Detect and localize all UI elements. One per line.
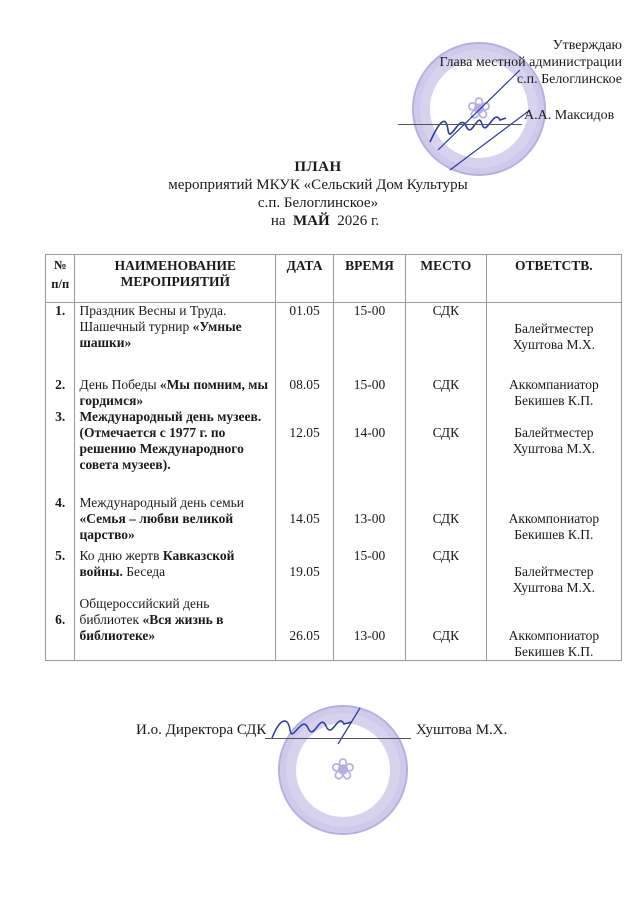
title-line-2: с.п. Белоглинское» <box>0 194 636 212</box>
responsible-name: Бекишев К.П. <box>491 393 617 409</box>
approval-block: Утверждаю Глава местной администрации с.… <box>440 37 623 88</box>
event-responsible: БалейтместерХуштова М.Х. <box>486 548 621 596</box>
table-header-row: № п/п НАИМЕНОВАНИЕ МЕРОПРИЯТИЙ ДАТА ВРЕМ… <box>46 255 622 303</box>
period-year: 2026 г. <box>337 213 379 229</box>
period-month: МАЙ <box>293 213 330 229</box>
event-time: 15-00 <box>333 303 405 361</box>
event-name: Ко дню жертв Кавказской войны. Беседа <box>75 548 276 596</box>
header-name: НАИМЕНОВАНИЕ МЕРОПРИЯТИЙ <box>75 255 276 303</box>
director-signature <box>268 704 378 748</box>
footer-signer: Хуштова М.Х. <box>416 722 507 739</box>
event-responsible: БалейтместерХуштова М.Х. <box>486 303 621 361</box>
event-name: Международный день музеев. (Отмечается с… <box>75 409 276 495</box>
event-name-part: «Семья – любви великой царство» <box>79 511 233 542</box>
event-place: СДК <box>405 303 486 361</box>
event-name-part: Ко дню жертв <box>79 548 162 563</box>
events-table: № п/п НАИМЕНОВАНИЕ МЕРОПРИЯТИЙ ДАТА ВРЕМ… <box>45 254 622 661</box>
header-date: ДАТА <box>276 255 334 303</box>
event-place: СДК <box>405 409 486 495</box>
event-name: Праздник Весны и Труда. Шашечный турнир … <box>75 303 276 361</box>
event-time: 15-00 <box>333 361 405 409</box>
event-date: 19.05 <box>276 548 334 596</box>
event-place: СДК <box>405 495 486 548</box>
header-time: ВРЕМЯ <box>333 255 405 303</box>
responsible-name: Хуштова М.Х. <box>491 337 617 353</box>
event-place: СДК <box>405 361 486 409</box>
event-name: Международный день семьи «Семья – любви … <box>75 495 276 548</box>
event-date: 14.05 <box>276 495 334 548</box>
event-date: 12.05 <box>276 409 334 495</box>
responsible-role: Аккомпониатор <box>491 511 617 527</box>
event-place: СДК <box>405 596 486 661</box>
event-name: День Победы «Мы помним, мы гордимся» <box>75 361 276 409</box>
period-prefix: на <box>271 213 286 229</box>
event-time: 13-00 <box>333 495 405 548</box>
responsible-name: Хуштова М.Х. <box>491 580 617 596</box>
event-name: Общероссийский день библиотек «Вся жизнь… <box>75 596 276 661</box>
event-date: 26.05 <box>276 596 334 661</box>
approval-signer: А.А. Максидов <box>524 108 614 124</box>
table-row: 2.День Победы «Мы помним, мы гордимся»08… <box>46 361 622 409</box>
responsible-role: Аккомпониатор <box>491 628 617 644</box>
header-place: МЕСТО <box>405 255 486 303</box>
event-name-part: День Победы <box>79 377 159 392</box>
event-responsible: АккомпониаторБекишев К.П. <box>486 495 621 548</box>
table-row: 6.Общероссийский день библиотек «Вся жиз… <box>46 596 622 661</box>
responsible-name: Хуштова М.Х. <box>491 441 617 457</box>
coat-of-arms-icon: ❀ <box>330 753 355 788</box>
table-row: 4.Международный день семьи «Семья – любв… <box>46 495 622 548</box>
responsible-name: Бекишев К.П. <box>491 527 617 543</box>
row-number: 6. <box>46 596 75 661</box>
row-number: 5. <box>46 548 75 596</box>
header-num: № п/п <box>46 255 75 303</box>
approval-line: с.п. Белоглинское <box>440 71 623 88</box>
row-number: 4. <box>46 495 75 548</box>
row-number: 1. <box>46 303 75 361</box>
header-responsible: ОТВЕТСТВ. <box>486 255 621 303</box>
document-title: ПЛАН мероприятий МКУК «Сельский Дом Куль… <box>0 158 636 230</box>
row-number: 3. <box>46 409 75 495</box>
plan-heading: ПЛАН <box>0 158 636 176</box>
title-line-1: мероприятий МКУК «Сельский Дом Культуры <box>0 176 636 194</box>
event-responsible: АккомпониаторБекишев К.П. <box>486 596 621 661</box>
event-name-part: Международный день музеев. (Отмечается с… <box>79 409 261 472</box>
event-name-part: Беседа <box>123 564 165 579</box>
table-row: 5.Ко дню жертв Кавказской войны. Беседа1… <box>46 548 622 596</box>
signature-line <box>398 124 522 125</box>
event-time: 15-00 <box>333 548 405 596</box>
title-period: на МАЙ 2026 г. <box>0 212 636 230</box>
event-time: 13-00 <box>333 596 405 661</box>
event-date: 08.05 <box>276 361 334 409</box>
footer-position: И.о. Директора СДК <box>136 722 266 739</box>
event-name-part: Международный день семьи <box>79 495 244 510</box>
table-row: 3.Международный день музеев. (Отмечается… <box>46 409 622 495</box>
responsible-role: Балейтместер <box>491 321 617 337</box>
event-time: 14-00 <box>333 409 405 495</box>
event-responsible: АккомпаниаторБекишев К.П. <box>486 361 621 409</box>
responsible-role: Балейтместер <box>491 564 617 580</box>
event-date: 01.05 <box>276 303 334 361</box>
event-responsible: БалейтместерХуштова М.Х. <box>486 409 621 495</box>
event-place: СДК <box>405 548 486 596</box>
responsible-name: Бекишев К.П. <box>491 644 617 660</box>
approval-line: Глава местной администрации <box>440 54 623 71</box>
responsible-role: Аккомпаниатор <box>491 377 617 393</box>
approval-line: Утверждаю <box>440 37 623 54</box>
table-row: 1.Праздник Весны и Труда. Шашечный турни… <box>46 303 622 361</box>
responsible-role: Балейтместер <box>491 425 617 441</box>
row-number: 2. <box>46 361 75 409</box>
footer-signature-line <box>265 738 411 739</box>
